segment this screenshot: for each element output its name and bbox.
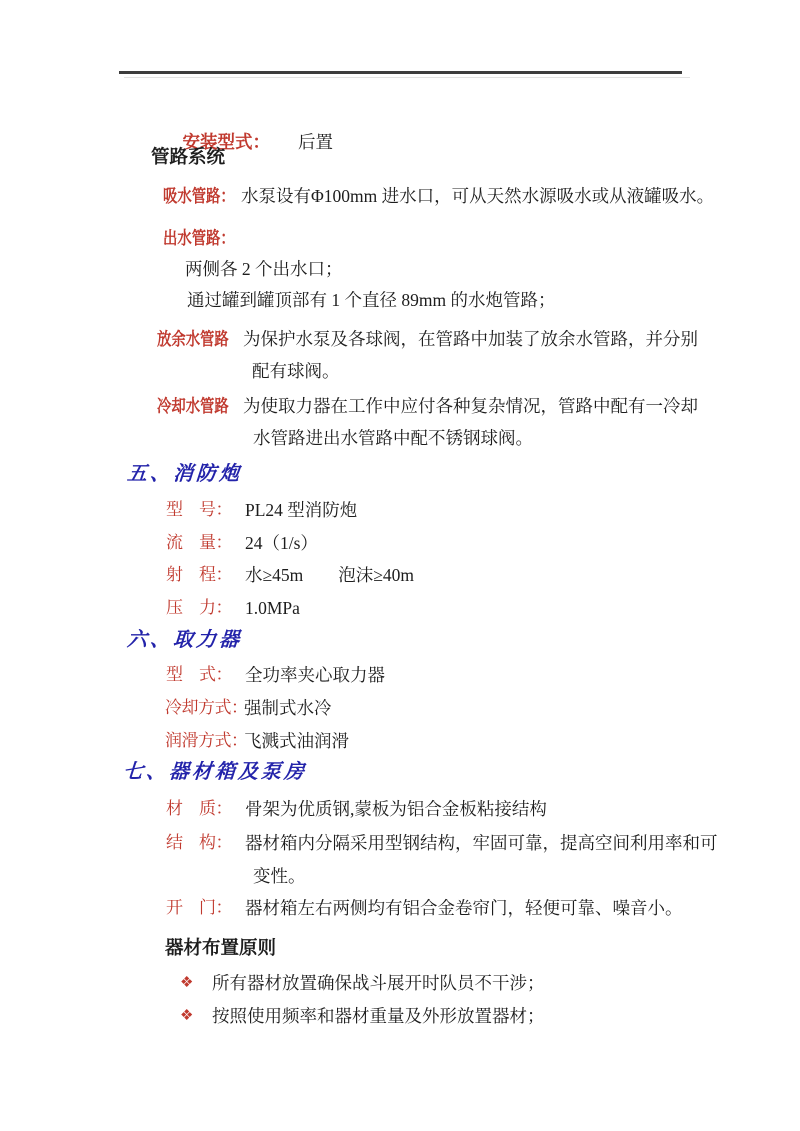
drain-text-line1: 为保护水泵及各球阀，在管路中加装了放余水管路，并分别 [243, 327, 698, 351]
spec-row-pressure: 压 力： 1.0MPa [166, 596, 300, 620]
spec-label: 结 构： [166, 831, 245, 855]
layout-principles-heading: 器材布置原则 [165, 937, 276, 961]
spec-value: 水≥45m 泡沫≥40m [245, 563, 414, 587]
spec-row-model: 型 号： PL24 型消防炮 [166, 498, 357, 522]
bullet-text: 按照使用频率和器材重量及外形放置器材； [212, 1004, 545, 1028]
cooling-text-line1: 为使取力器在工作中应付各种复杂情况，管路中配有一冷却 [243, 394, 698, 418]
spec-value: 器材箱内分隔采用型钢结构，牢固可靠，提高空间利用率和可 [245, 831, 718, 855]
spec-value: 飞溅式油润滑 [244, 729, 349, 753]
bullet-item: ❖ 按照使用频率和器材重量及外形放置器材； [180, 1004, 545, 1028]
discharge-label: 出水管路： [163, 226, 235, 250]
spec-row-cooling-method: 冷却方式： 强制式水冷 [165, 696, 332, 720]
spec-value: 24（1/s） [245, 531, 318, 555]
spec-label: 开 门： [166, 896, 245, 920]
suction-label: 吸水管路： [163, 184, 235, 208]
spec-row-structure-cont: 变性。 [253, 864, 306, 888]
spec-value: PL24 型消防炮 [245, 498, 357, 522]
spec-label: 润滑方式： [165, 729, 244, 753]
spec-label: 型 号： [166, 498, 245, 522]
spec-value: 骨架为优质钢,蒙板为铝合金板粘接结构 [245, 797, 547, 821]
spec-row-material: 材 质： 骨架为优质钢,蒙板为铝合金板粘接结构 [166, 797, 547, 821]
spec-label: 流 量： [166, 531, 245, 555]
drain-label: 放余水管路 [157, 327, 229, 351]
diamond-bullet-icon: ❖ [180, 1004, 212, 1028]
section-title-fire-monitor: 五、消防炮 [126, 462, 243, 486]
spec-row-range: 射 程： 水≥45m 泡沫≥40m [166, 563, 414, 587]
discharge-item-2: 通过罐到罐顶部有 1 个直径 89mm 的水炮管路； [187, 288, 555, 312]
bullet-text: 所有器材放置确保战斗展开时队员不干涉； [212, 971, 545, 995]
section-title-power-takeoff: 六、取力器 [126, 628, 243, 652]
install-type-value: 后置 [298, 132, 333, 152]
spec-label: 冷却方式： [165, 696, 244, 720]
spec-label: 射 程： [166, 563, 245, 587]
cooling-text-line2: 水管路进出水管路中配不锈钢球阀。 [253, 426, 533, 450]
discharge-item-1: 两侧各 2 个出水口； [185, 257, 343, 281]
spec-label: 压 力： [166, 596, 245, 620]
cooling-label: 冷却水管路 [157, 394, 229, 418]
suction-text: 水泵设有Φ100mm 进水口，可从天然水源吸水或从液罐吸水。 [241, 184, 714, 208]
spec-value: 强制式水冷 [244, 696, 332, 720]
header-rule-shadow [124, 77, 690, 78]
spec-row-flow: 流 量： 24（1/s） [166, 531, 318, 555]
header-rule [119, 71, 682, 74]
spec-row-doors: 开 门： 器材箱左右两侧均有铝合金卷帘门，轻便可靠、噪音小。 [166, 896, 683, 920]
spec-label: 材 质： [166, 797, 245, 821]
piping-heading: 管路系统 [151, 146, 225, 170]
drain-text-line2: 配有球阀。 [252, 359, 340, 383]
diamond-bullet-icon: ❖ [180, 971, 212, 995]
spec-value: 1.0MPa [245, 596, 300, 620]
spec-value: 器材箱左右两侧均有铝合金卷帘门，轻便可靠、噪音小。 [245, 896, 683, 920]
spec-value: 全功率夹心取力器 [245, 663, 385, 687]
spec-row-type: 型 式： 全功率夹心取力器 [166, 663, 385, 687]
spec-row-structure: 结 构： 器材箱内分隔采用型钢结构，牢固可靠，提高空间利用率和可 [166, 831, 718, 855]
document-page: 安装型式：后置 管路系统 吸水管路： 水泵设有Φ100mm 进水口，可从天然水源… [0, 0, 800, 1131]
section-title-equipment-box: 七、器材箱及泵房 [122, 760, 308, 784]
spec-label: 型 式： [166, 663, 245, 687]
spec-row-lubrication: 润滑方式： 飞溅式油润滑 [165, 729, 349, 753]
bullet-item: ❖ 所有器材放置确保战斗展开时队员不干涉； [180, 971, 545, 995]
